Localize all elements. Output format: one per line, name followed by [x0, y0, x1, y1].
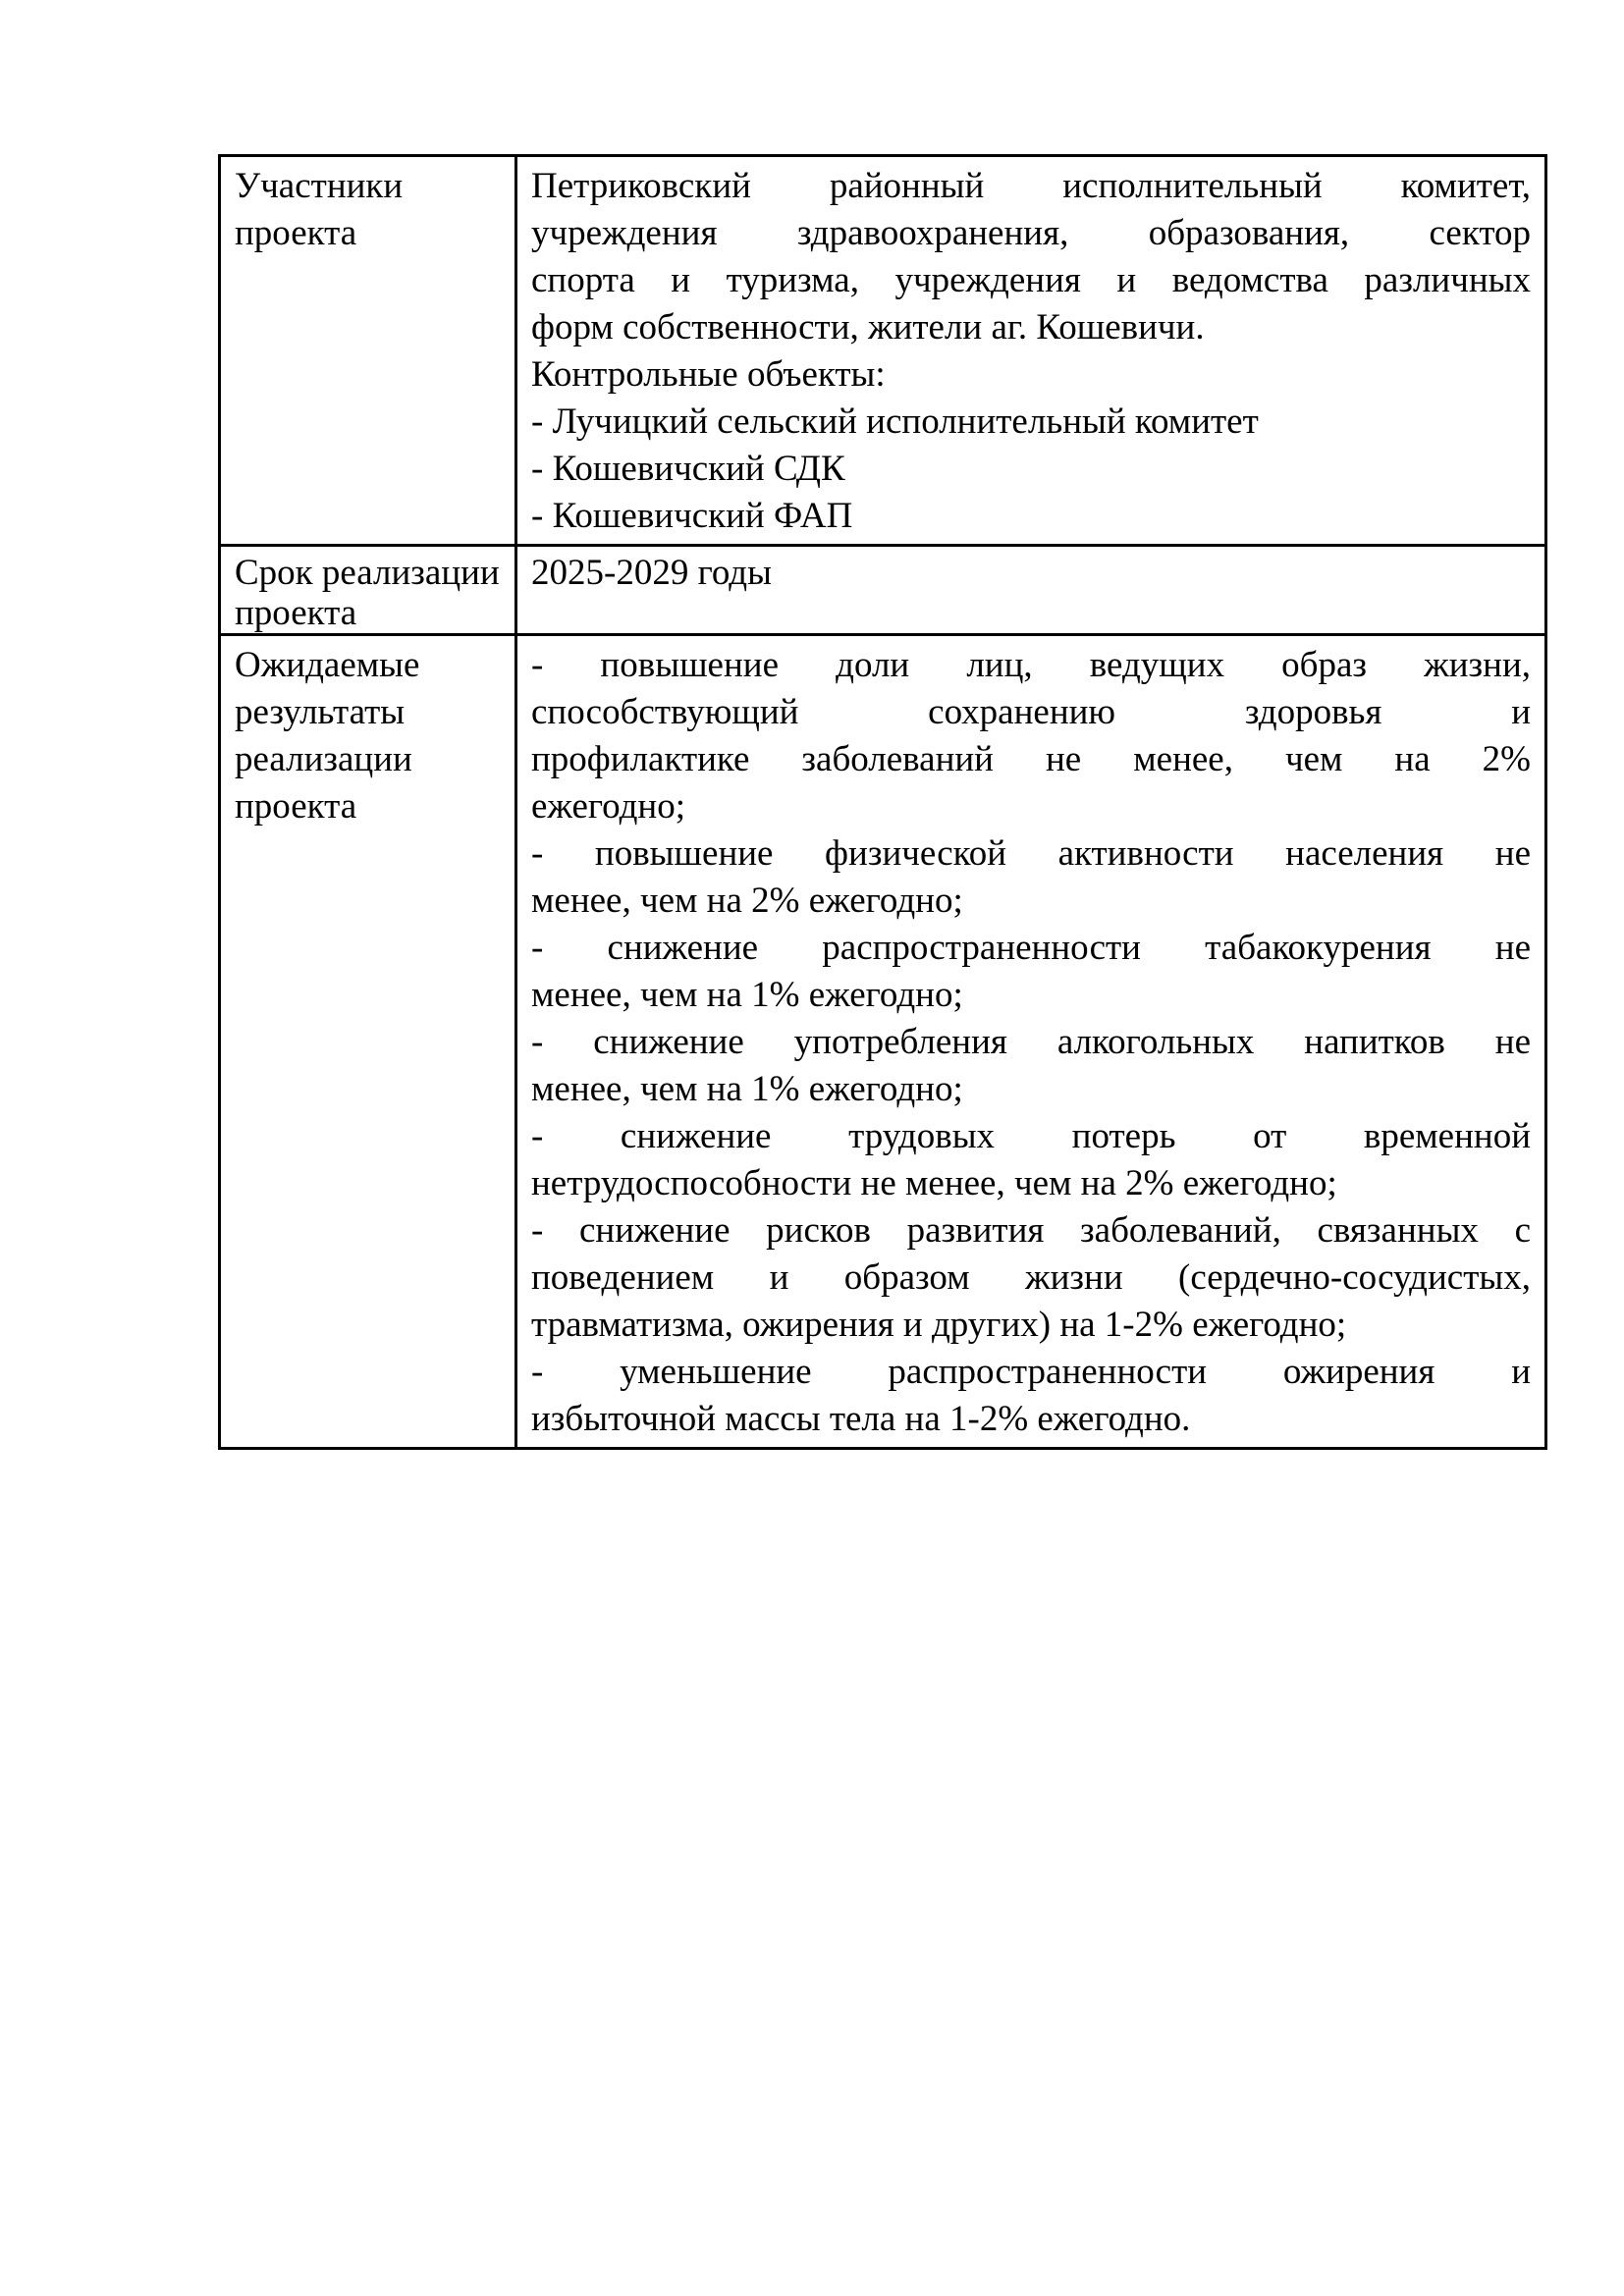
project-info-table: Участники проекта Петриковский районный … — [218, 154, 1547, 1450]
text-line: - снижение рисков развития заболеваний, … — [531, 1207, 1531, 1255]
text-line: - Кошевичский СДК — [531, 446, 1531, 493]
table-row-participants: Участники проекта Петриковский районный … — [220, 156, 1546, 546]
text-line: - Кошевичский ФАП — [531, 493, 1531, 540]
label-participants: Участники проекта — [220, 156, 516, 546]
text-line: 2025-2029 годы — [531, 553, 1531, 594]
text-line: Контрольные объекты: — [531, 351, 1531, 399]
text-line: - снижение распространенности табакокуре… — [531, 925, 1531, 972]
table-row-expected-results: Ожидаемые результаты реализации проекта … — [220, 635, 1546, 1449]
text-line: менее, чем на 1% ежегодно; — [531, 972, 1531, 1019]
text-line: - уменьшение распространенности ожирения… — [531, 1349, 1531, 1396]
text-line: менее, чем на 2% ежегодно; — [531, 878, 1531, 925]
text-line: менее, чем на 1% ежегодно; — [531, 1066, 1531, 1113]
text-line: спорта и туризма, учреждения и ведомства… — [531, 257, 1531, 304]
label-term: Срок реализации проекта — [220, 546, 516, 635]
text-line: избыточной массы тела на 1-2% ежегодно. — [531, 1396, 1531, 1443]
value-participants: Петриковский районный исполнительный ком… — [516, 156, 1546, 546]
text-line: - повышение доли лиц, ведущих образ жизн… — [531, 642, 1531, 689]
text-line: учреждения здравоохранения, образования,… — [531, 210, 1531, 257]
text-line: поведением и образом жизни (сердечно-сос… — [531, 1255, 1531, 1302]
value-expected-results: - повышение доли лиц, ведущих образ жизн… — [516, 635, 1546, 1449]
label-expected-results: Ожидаемые результаты реализации проекта — [220, 635, 516, 1449]
text-line: травматизма, ожирения и других) на 1-2% … — [531, 1302, 1531, 1349]
text-line: Петриковский районный исполнительный ком… — [531, 163, 1531, 210]
table-body: Участники проекта Петриковский районный … — [220, 156, 1546, 1449]
text-line: способствующий сохранению здоровья и — [531, 689, 1531, 736]
text-line: профилактике заболеваний не менее, чем н… — [531, 736, 1531, 783]
text-line: ежегодно; — [531, 783, 1531, 830]
text-line: - Лучицкий сельский исполнительный комит… — [531, 399, 1531, 446]
table-row-term: Срок реализации проекта 2025-2029 годы — [220, 546, 1546, 635]
text-line: форм собственности, жители аг. Кошевичи. — [531, 304, 1531, 351]
value-term: 2025-2029 годы — [516, 546, 1546, 635]
text-line: - снижение трудовых потерь от временной — [531, 1113, 1531, 1160]
text-line: нетрудоспособности не менее, чем на 2% е… — [531, 1160, 1531, 1207]
text-line: - повышение физической активности населе… — [531, 830, 1531, 878]
text-line: - снижение употребления алкогольных напи… — [531, 1019, 1531, 1066]
